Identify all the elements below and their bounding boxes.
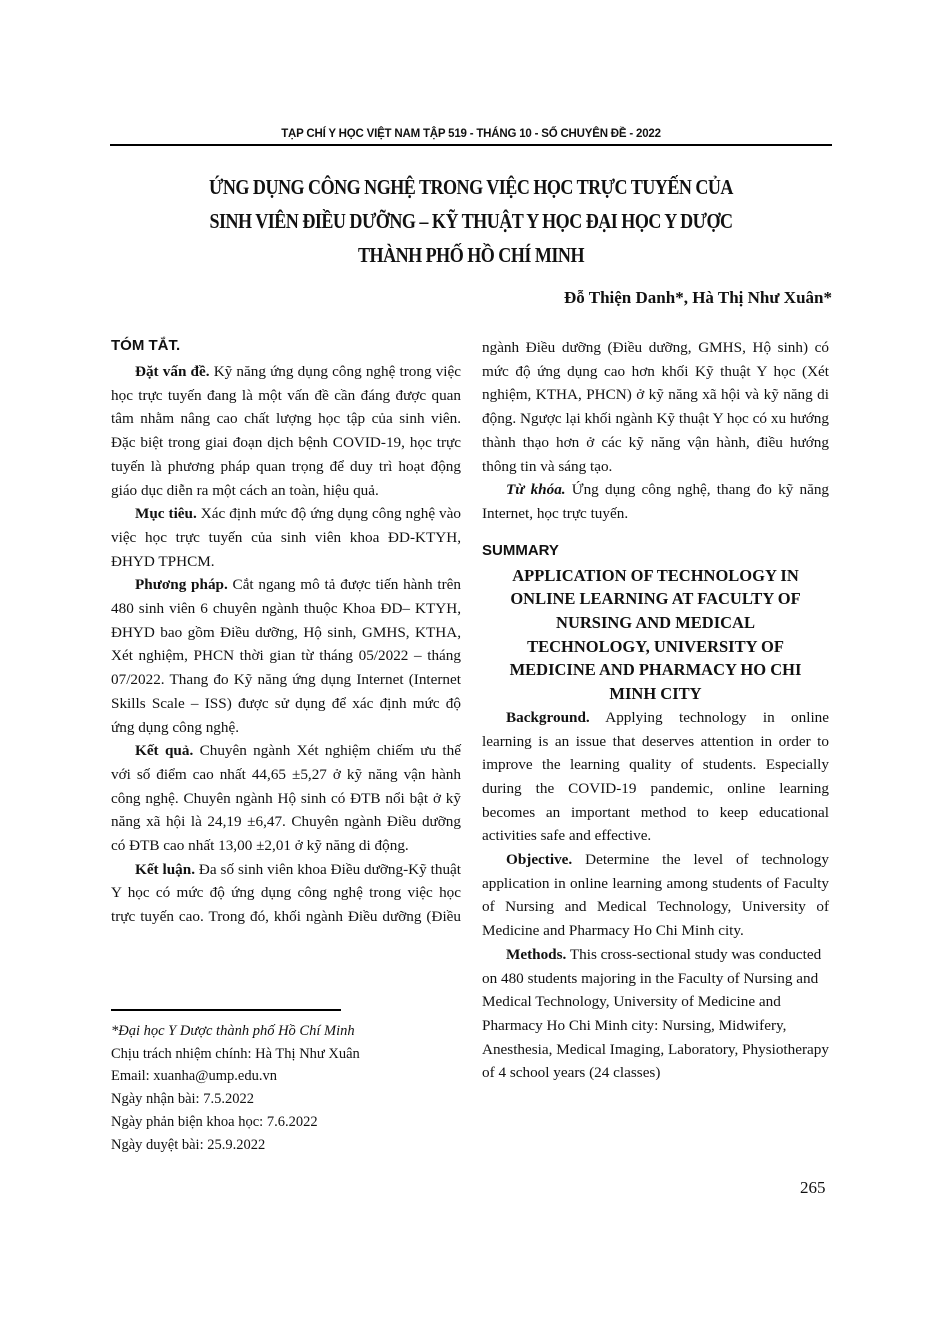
section-label: Kết quả. — [135, 742, 193, 759]
en-title-line: MEDICINE AND PHARMACY HO CHI — [482, 658, 829, 682]
section-label: Kết luận. — [135, 861, 195, 878]
abstract-results-vi: Kết quả. Chuyên ngành Xét nghiệm chiếm ư… — [111, 739, 461, 858]
date-accepted: Ngày duyệt bài: 25.9.2022 — [111, 1134, 461, 1157]
section-label: Objective. — [506, 851, 572, 868]
section-text: Kỹ năng ứng dụng công nghệ trong việc họ… — [111, 363, 461, 499]
title-line: ỨNG DỤNG CÔNG NGHỆ TRONG VIỆC HỌC TRỰC T… — [161, 170, 782, 204]
abstract-background-en: Background. Applying technology in onlin… — [482, 706, 829, 848]
title-line: SINH VIÊN ĐIỀU DƯỠNG – KỸ THUẬT Y HỌC ĐẠ… — [161, 204, 782, 238]
abstract-objective-en: Objective. Determine the level of techno… — [482, 848, 829, 943]
corresponding-author: Chịu trách nhiệm chính: Hà Thị Như Xuân — [111, 1043, 461, 1066]
section-label: Từ khóa. — [506, 481, 566, 498]
journal-page: TẠP CHÍ Y HỌC VIỆT NAM TẬP 519 - THÁNG 1… — [0, 0, 943, 1333]
title-line: THÀNH PHỐ HỒ CHÍ MINH — [161, 238, 782, 272]
header-rule — [110, 144, 832, 146]
en-title-line: APPLICATION OF TECHNOLOGY IN — [482, 564, 829, 588]
abstract-objective-vi: Mục tiêu. Xác định mức độ ứng dụng công … — [111, 502, 461, 573]
abstract-conclusion-vi-continued: ngành Điều dưỡng (Điều dưỡng, GMHS, Hộ s… — [482, 336, 829, 478]
section-text: This cross-sectional study was conducted… — [482, 946, 829, 1082]
right-column: ngành Điều dưỡng (Điều dưỡng, GMHS, Hộ s… — [482, 336, 829, 1085]
footnote: *Đại học Y Dược thành phố Hồ Chí Minh Ch… — [111, 1020, 461, 1156]
en-title-line: ONLINE LEARNING AT FACULTY OF — [482, 587, 829, 611]
date-received: Ngày nhận bài: 7.5.2022 — [111, 1088, 461, 1111]
left-column: TÓM TẮT. Đặt vấn đề. Kỹ năng ứng dụng cô… — [111, 335, 461, 929]
en-title-line: NURSING AND MEDICAL — [482, 611, 829, 635]
english-title: APPLICATION OF TECHNOLOGY IN ONLINE LEAR… — [482, 564, 829, 706]
abstract-methods-vi: Phương pháp. Cắt ngang mô tả được tiến h… — [111, 573, 461, 739]
section-text: Applying technology in online learning i… — [482, 709, 829, 845]
section-label: Mục tiêu. — [135, 505, 197, 522]
section-text: Cắt ngang mô tả được tiến hành trên 480 … — [111, 576, 461, 735]
abstract-heading-en: SUMMARY — [482, 540, 829, 562]
section-label: Methods. — [506, 946, 566, 963]
page-number: 265 — [800, 1178, 826, 1198]
abstract-heading-vi: TÓM TẮT. — [111, 335, 461, 357]
date-reviewed: Ngày phản biện khoa học: 7.6.2022 — [111, 1111, 461, 1134]
abstract-methods-en: Methods. This cross-sectional study was … — [482, 943, 829, 1085]
abstract-background-vi: Đặt vấn đề. Kỹ năng ứng dụng công nghệ t… — [111, 360, 461, 502]
email: Email: xuanha@ump.edu.vn — [111, 1065, 461, 1088]
en-title-line: MINH CITY — [482, 682, 829, 706]
running-header: TẠP CHÍ Y HỌC VIỆT NAM TẬP 519 - THÁNG 1… — [110, 128, 832, 140]
section-label: Phương pháp. — [135, 576, 228, 593]
section-label: Background. — [506, 709, 590, 726]
abstract-conclusion-vi: Kết luận. Đa số sinh viên khoa Điều dưỡn… — [111, 858, 461, 929]
author-list: Đỗ Thiện Danh*, Hà Thị Như Xuân* — [564, 288, 832, 308]
article-title: ỨNG DỤNG CÔNG NGHỆ TRONG VIỆC HỌC TRỰC T… — [161, 170, 782, 272]
keywords-vi: Từ khóa. Ứng dụng công nghệ, thang đo kỹ… — [482, 478, 829, 525]
section-label: Đặt vấn đề. — [135, 363, 210, 380]
affiliation: *Đại học Y Dược thành phố Hồ Chí Minh — [111, 1020, 461, 1043]
footnote-rule — [111, 1009, 341, 1011]
en-title-line: TECHNOLOGY, UNIVERSITY OF — [482, 635, 829, 659]
